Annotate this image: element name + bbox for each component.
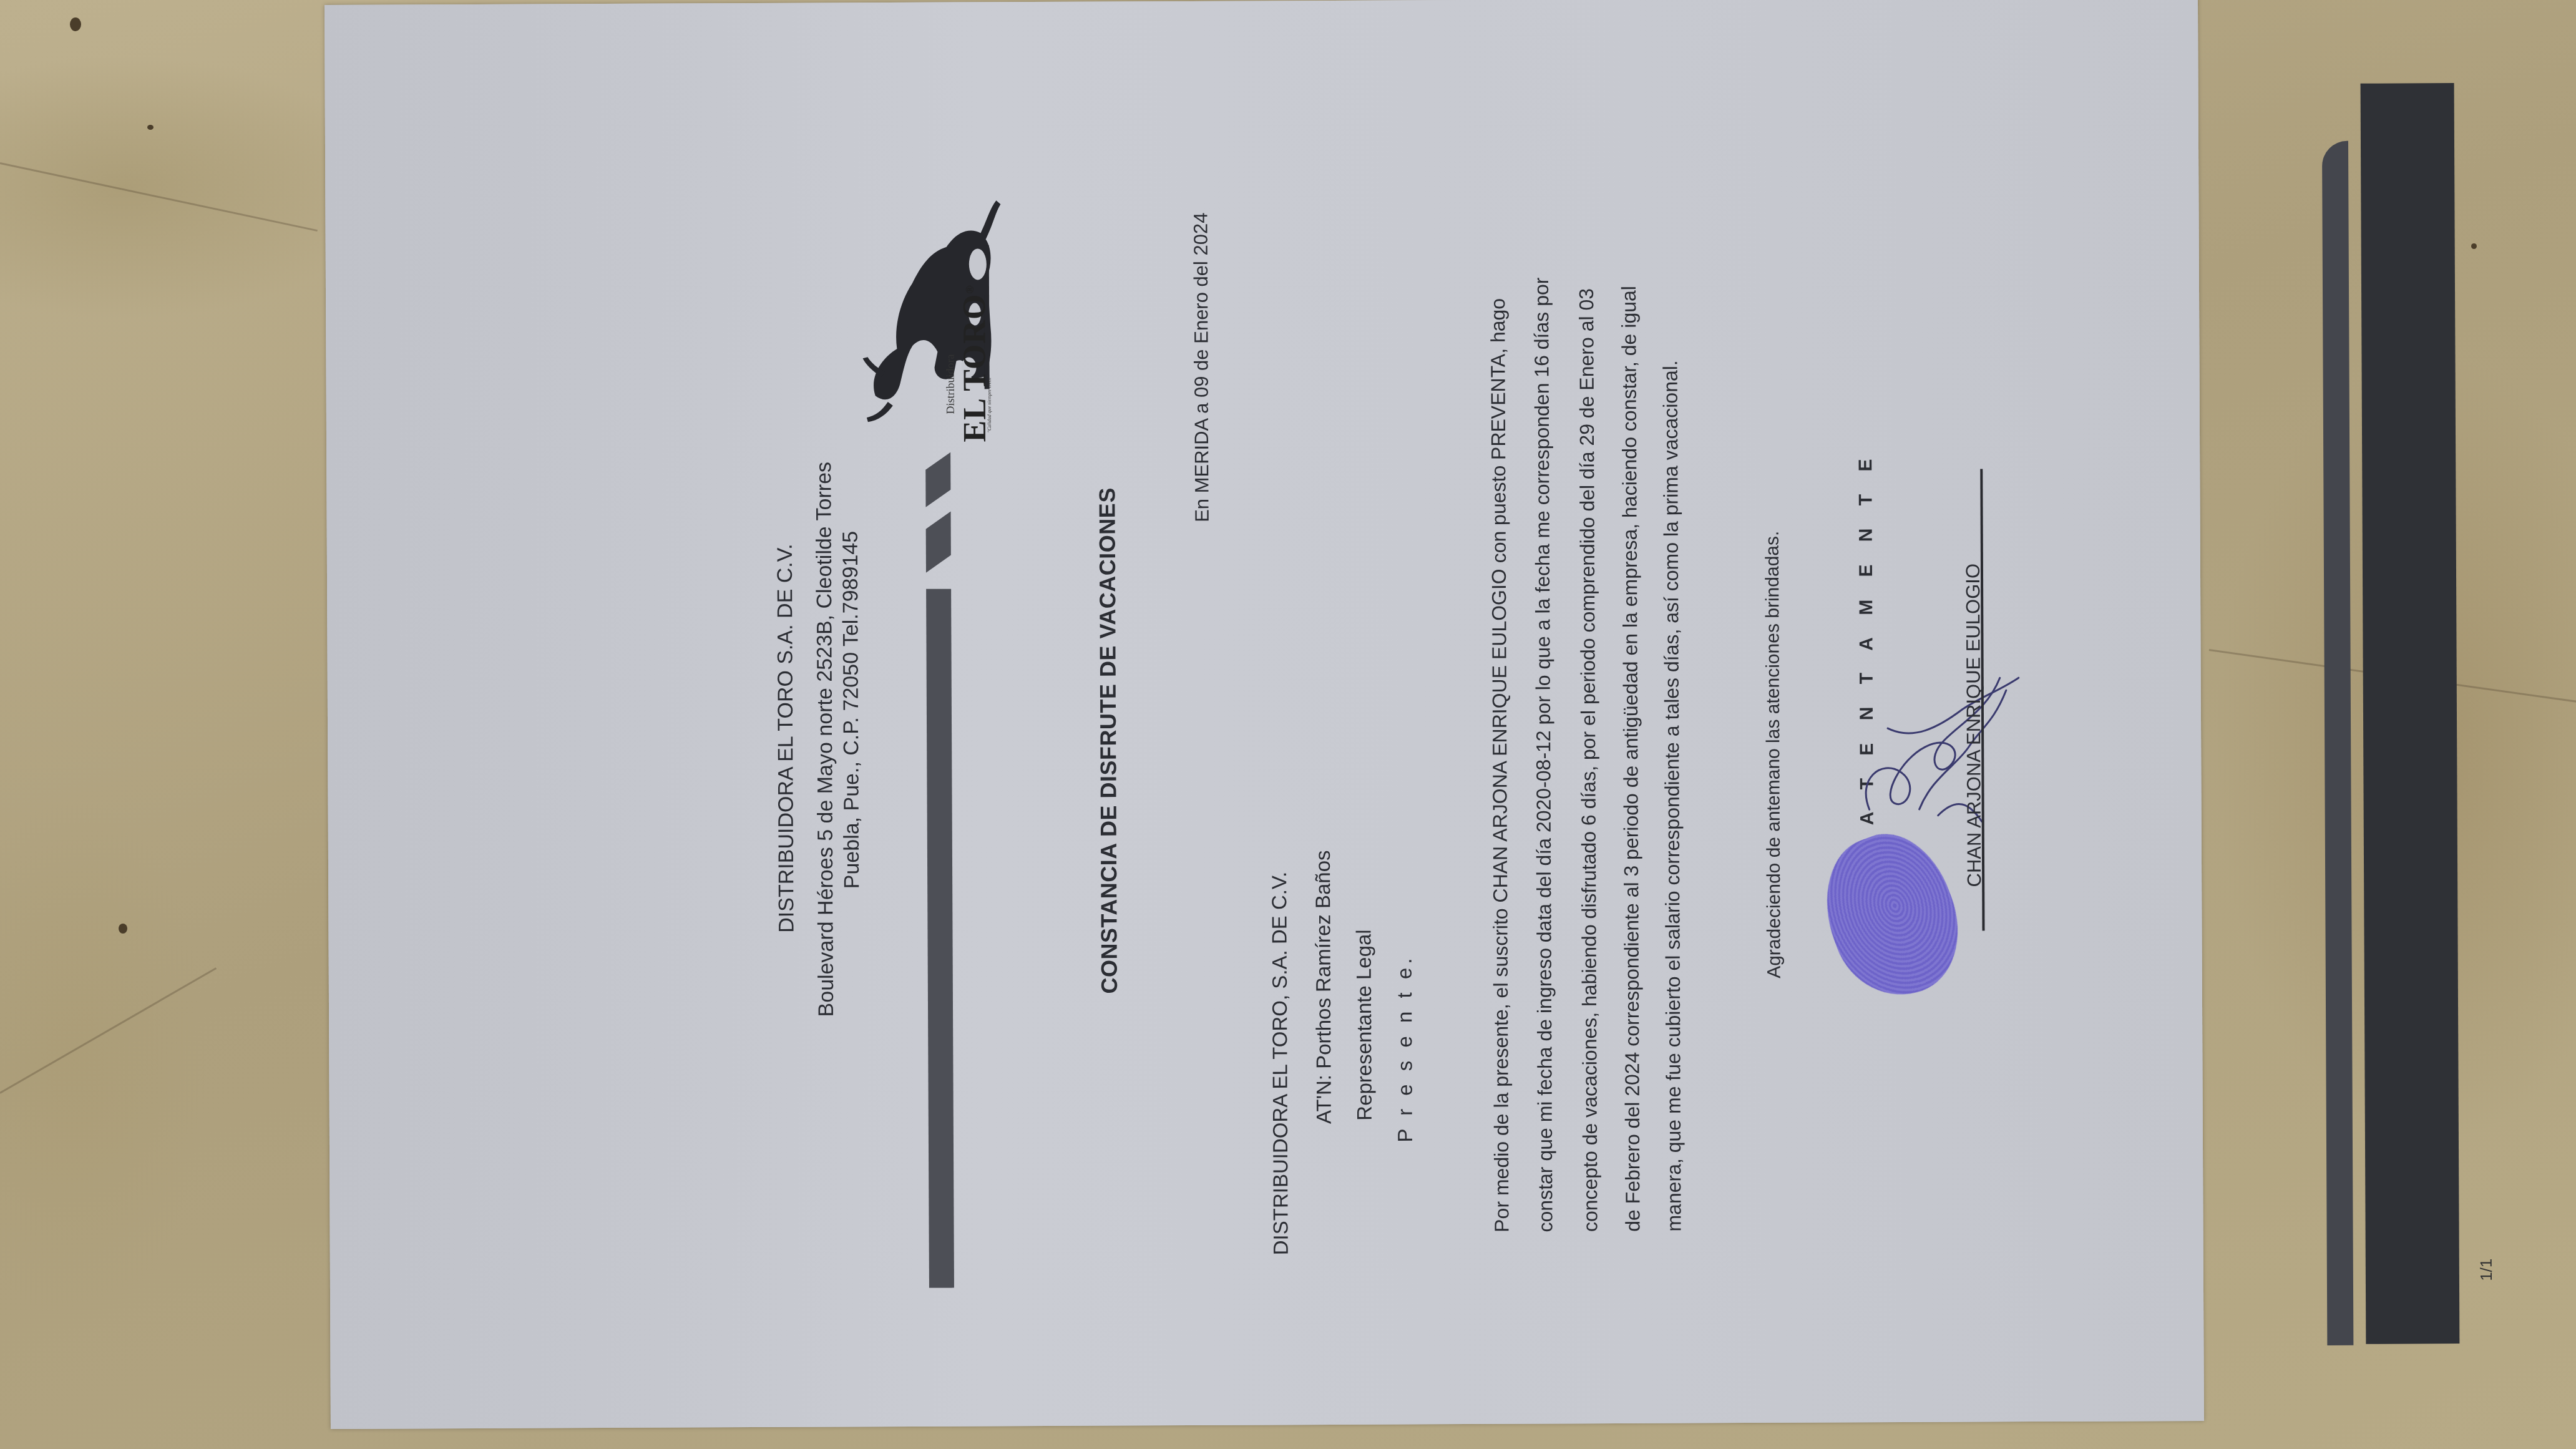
date-line: En MERIDA a 09 de Enero del 2024 (1189, 212, 1213, 522)
closing-line: Agradeciendo de antemano las atenciones … (1762, 531, 1785, 978)
company-name: DISTRIBUIDORA EL TORO S.A. DE C.V. (773, 544, 799, 933)
page-number: 1/1 (2477, 1259, 2496, 1281)
surface-speck (147, 125, 154, 130)
footer-accent-bar (2322, 141, 2353, 1345)
surface-crack (0, 162, 318, 232)
surface-speck (70, 17, 81, 31)
body-line: Por medio de la presente, el suscrito CH… (1486, 298, 1514, 1232)
body-line: concepto de vacaciones, habiendo disfrut… (1575, 288, 1603, 1232)
body-line: constar que mi fecha de ingreso data del… (1530, 278, 1558, 1232)
recipient-attention: AT'N: Porthos Ramírez Baños (1311, 850, 1336, 1124)
document-title: CONSTANCIA DE DISFRUTE DE VACACIONES (1094, 487, 1123, 994)
signature-icon (1844, 653, 2032, 841)
fingerprint-icon (1805, 817, 1979, 1013)
body-line: de Febrero del 2024 correspondiente al 3… (1617, 286, 1645, 1232)
surface-speck (2471, 243, 2477, 249)
header-accent-bar (926, 512, 951, 573)
signer-name: CHAN ARJONA ENRIQUE EULOGIO (1962, 563, 1986, 887)
logo-small-text: Distribuidora (944, 354, 957, 414)
body-line: manera, que me fue cubierto el salario c… (1659, 360, 1686, 1231)
recipient-presente: P r e s e n t e. (1393, 955, 1417, 1143)
footer-accent-bar (2361, 83, 2460, 1344)
surface-crack (0, 967, 217, 1094)
company-address-2: Puebla, Pue., C.P. 72050 Tel.7989145 (839, 531, 865, 889)
surface-speck (119, 924, 127, 934)
header-accent-bar (925, 452, 950, 507)
company-address-1: Boulevard Héroes 5 de Mayo norte 2523B, … (812, 462, 839, 1017)
recipient-role: Representante Legal (1352, 929, 1376, 1121)
letter-paper: Distribuidora EL TORO® "Calidad que siem… (324, 0, 2204, 1429)
logo-tagline: "Calidad que siempre crece" (987, 375, 992, 432)
recipient-company: DISTRIBUIDORA EL TORO, S.A. DE C.V. (1267, 872, 1293, 1256)
registered-mark: ® (964, 285, 976, 294)
header-accent-bar (926, 589, 954, 1288)
